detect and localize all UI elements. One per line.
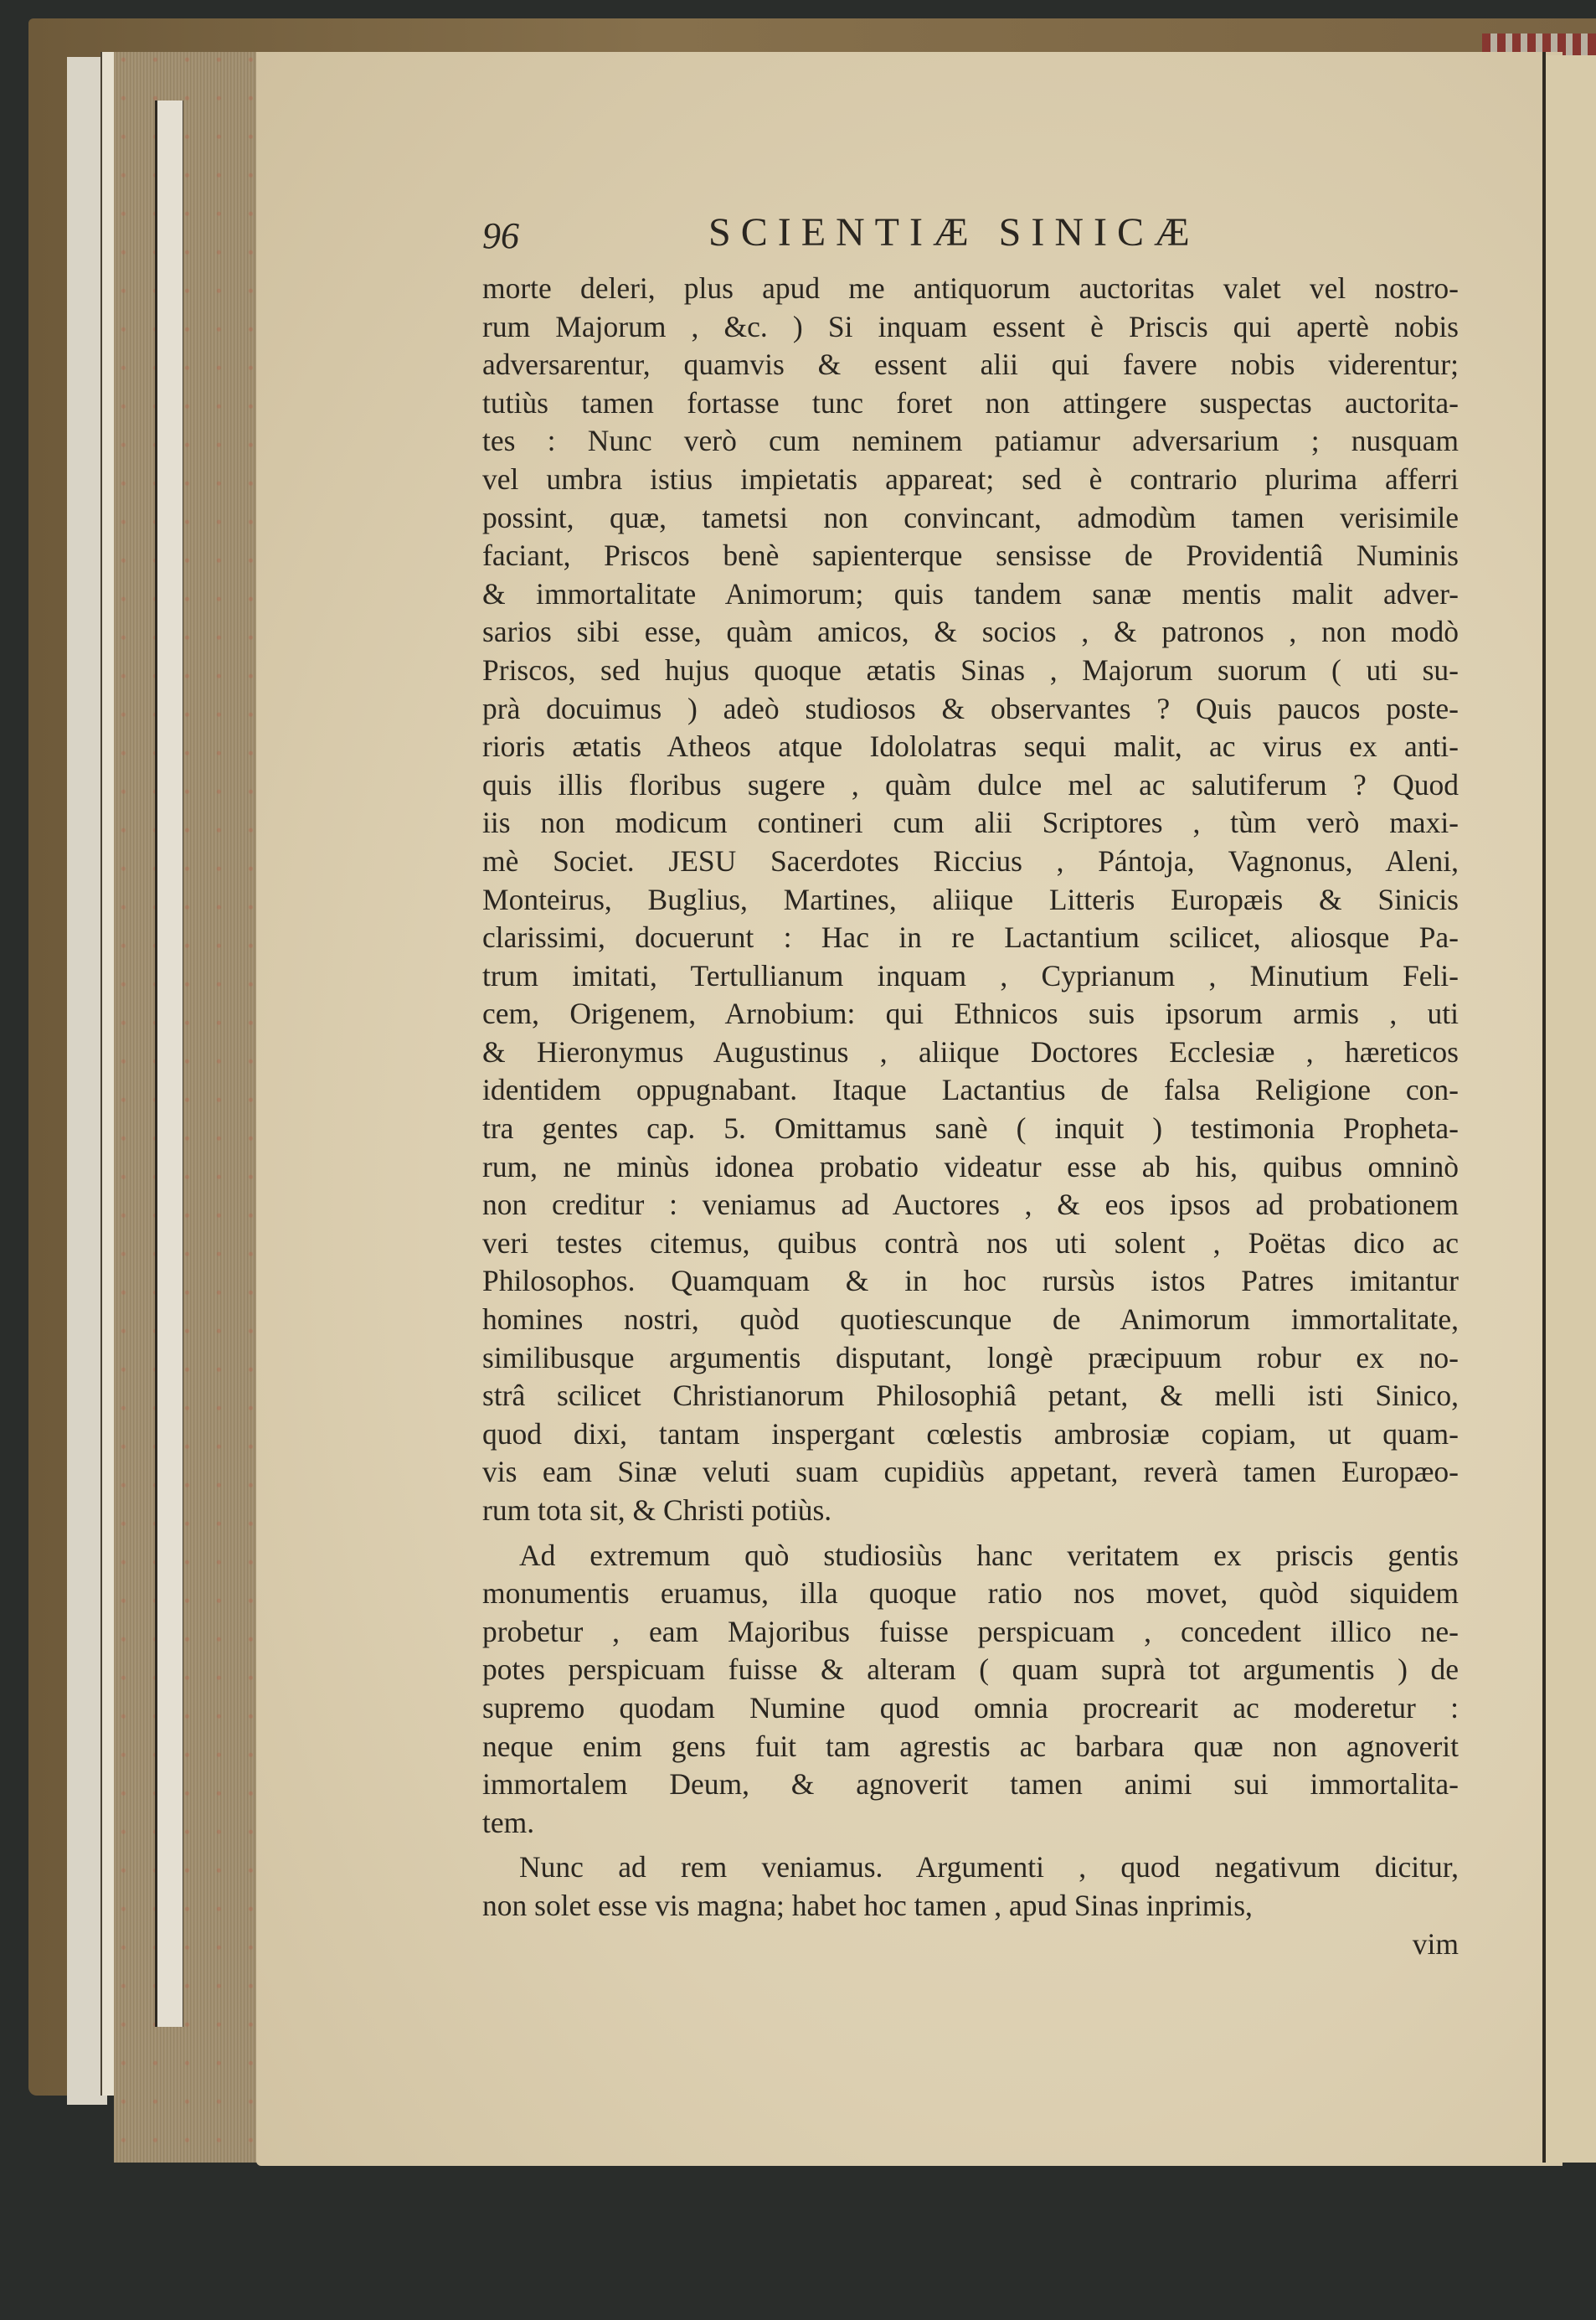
text-line: iis non modicum contineri cum alii Scrip…: [482, 804, 1459, 843]
facing-page-edge: [1546, 55, 1596, 2163]
paragraph: Nunc ad rem veniamus. Argumenti , quod n…: [482, 1848, 1459, 1925]
text-line: Monteirus, Buglius, Martines, aliique Li…: [482, 881, 1459, 920]
text-line: Philosophos. Quamquam & in hoc rursùs is…: [482, 1262, 1459, 1301]
text-line: rum Majorum , &c. ) Si inquam essent è P…: [482, 308, 1459, 347]
text-block: 96 SCIENTIÆ SINICÆ morte deleri, plus ap…: [482, 209, 1459, 1963]
text-line: veri testes citemus, quibus contrà nos u…: [482, 1224, 1459, 1263]
paragraph: morte deleri, plus apud me antiquorum au…: [482, 270, 1459, 1530]
text-line: non creditur : veniamus ad Auctores , & …: [482, 1186, 1459, 1224]
text-line: Priscos, sed hujus quoque ætatis Sinas ,…: [482, 652, 1459, 690]
text-line: sarios sibi esse, quàm amicos, & socios …: [482, 613, 1459, 652]
text-line: tes : Nunc verò cum neminem patiamur adv…: [482, 422, 1459, 461]
text-line: trum imitati, Tertullianum inquam , Cypr…: [482, 957, 1459, 996]
text-line: clarissimi, docuerunt : Hac in re Lactan…: [482, 919, 1459, 957]
text-line: potes perspicuam fuisse & alteram ( quam…: [482, 1651, 1459, 1689]
text-line: morte deleri, plus apud me antiquorum au…: [482, 270, 1459, 308]
text-line: homines nostri, quòd quotiescunque de An…: [482, 1301, 1459, 1339]
text-line: similibusque argumentis disputant, longè…: [482, 1339, 1459, 1378]
text-line: quod dixi, tantam inspergant cœlestis am…: [482, 1415, 1459, 1454]
paragraph-gap: [482, 1530, 1459, 1537]
text-line: monumentis eruamus, illa quoque ratio no…: [482, 1575, 1459, 1613]
text-line: Nunc ad rem veniamus. Argumenti , quod n…: [482, 1848, 1459, 1887]
text-line: immortalem Deum, & agnoverit tamen animi…: [482, 1766, 1459, 1804]
text-line: Ad extremum quò studiosiùs hanc veritate…: [482, 1537, 1459, 1575]
text-line: neque enim gens fuit tam agrestis ac bar…: [482, 1728, 1459, 1766]
running-head: 96 SCIENTIÆ SINICÆ: [482, 209, 1459, 270]
torn-leaf-strip: [155, 101, 183, 2027]
text-line: & Hieronymus Augustinus , aliique Doctor…: [482, 1034, 1459, 1072]
text-line: rum tota sit, & Christi potiùs.: [482, 1492, 1459, 1530]
text-line: adversarentur, quamvis & essent alii qui…: [482, 346, 1459, 384]
text-line: probetur , eam Majoribus fuisse perspicu…: [482, 1613, 1459, 1652]
text-line: supremo quodam Numine quod omnia procrea…: [482, 1689, 1459, 1728]
text-line: faciant, Priscos benè sapienterque sensi…: [482, 537, 1459, 575]
text-line: identidem oppugnabant. Itaque Lactantius…: [482, 1071, 1459, 1110]
text-line: tra gentes cap. 5. Omittamus sanè ( inqu…: [482, 1110, 1459, 1148]
text-line: mè Societ. JESU Sacerdotes Riccius , Pán…: [482, 843, 1459, 881]
paragraph-gap: [482, 1842, 1459, 1848]
text-line: & immortalitate Animorum; quis tandem sa…: [482, 575, 1459, 614]
running-title: SCIENTIÆ SINICÆ: [708, 209, 1200, 255]
text-line: rum, ne minùs idonea probatio videatur e…: [482, 1148, 1459, 1187]
text-line: quis illis floribus sugere , quàm dulce …: [482, 766, 1459, 805]
text-line: tem.: [482, 1804, 1459, 1843]
text-line: possint, quæ, tametsi non convincant, ad…: [482, 499, 1459, 538]
text-line: cem, Origenem, Arnobium: qui Ethnicos su…: [482, 995, 1459, 1034]
text-line: vis eam Sinæ veluti suam cupidiùs appeta…: [482, 1453, 1459, 1492]
page-block-edge: [114, 52, 258, 2163]
catchword: vim: [482, 1926, 1459, 1963]
paragraph: Ad extremum quò studiosiùs hanc veritate…: [482, 1537, 1459, 1843]
text-line: rioris ætatis Atheos atque Idololatras s…: [482, 728, 1459, 766]
text-line: strâ scilicet Christianorum Philosophiâ …: [482, 1377, 1459, 1415]
text-line: prà docuimus ) adeò studiosos & observan…: [482, 690, 1459, 729]
text-line: tutiùs tamen fortasse tunc foret non att…: [482, 384, 1459, 423]
body-text: morte deleri, plus apud me antiquorum au…: [482, 270, 1459, 1926]
text-line: non solet esse vis magna; habet hoc tame…: [482, 1887, 1459, 1926]
text-line: vel umbra istius impietatis appareat; se…: [482, 461, 1459, 499]
page-number: 96: [482, 214, 519, 257]
